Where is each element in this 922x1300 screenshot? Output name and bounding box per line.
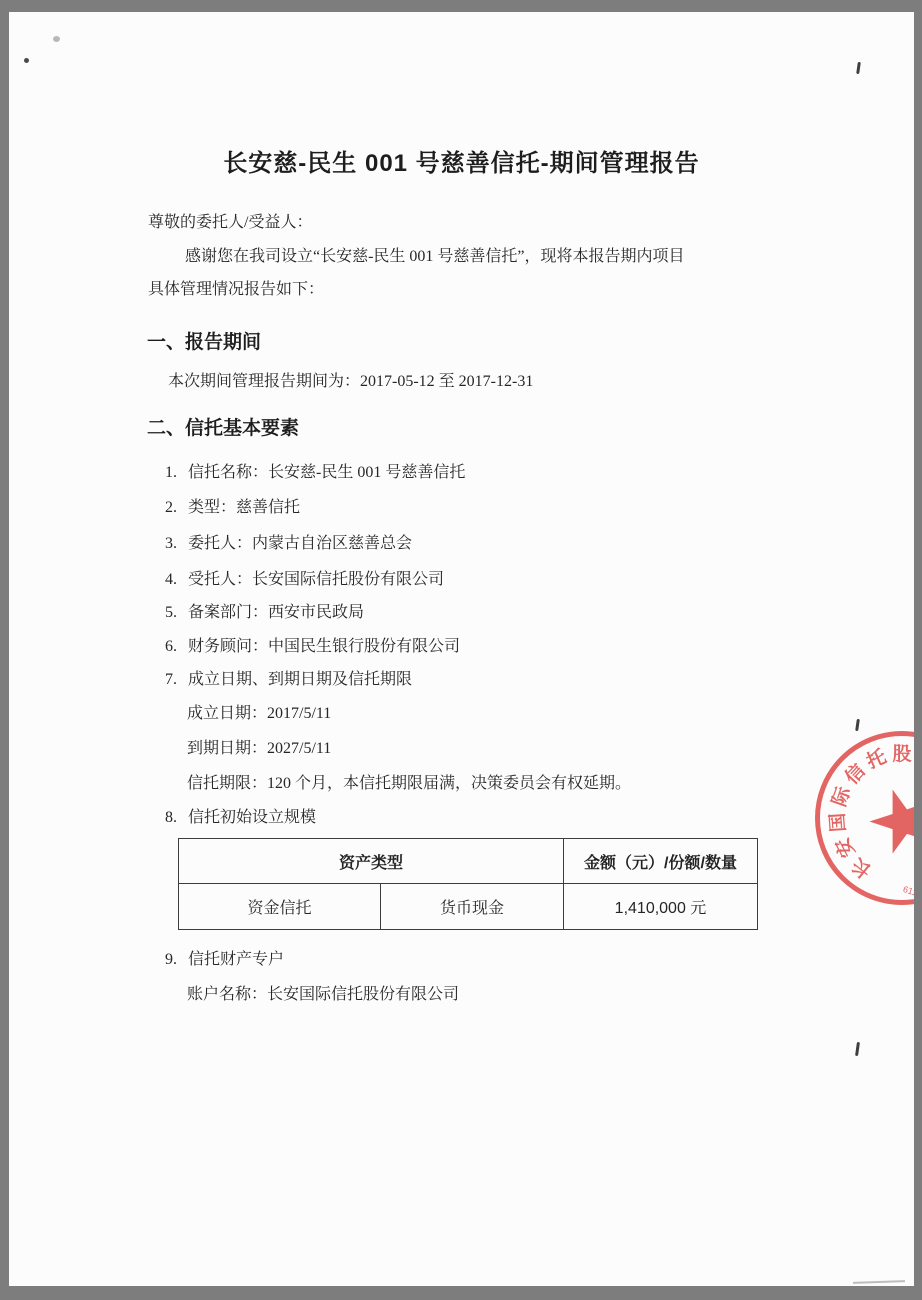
seal-star-icon	[862, 780, 914, 858]
section2-heading: 二、信托基本要素	[147, 413, 299, 440]
amount-header-cell: 金额（元）/份额/数量	[564, 839, 758, 884]
seal-number: 611	[902, 884, 914, 898]
asset-category-cell: 资金信托	[179, 884, 381, 930]
scan-background: { "colors": { "scan_background": "#7d7d7…	[0, 0, 922, 1300]
intro-line-1: 感谢您在我司设立“长安慈-民生 001 号慈善信托”，现将本报告期内项目	[185, 247, 685, 267]
document-title: 长安慈-民生 001 号慈善信托-期间管理报告	[9, 143, 914, 178]
list-item-financial-advisor: 6.财务顾问：中国民生银行股份有限公司	[165, 637, 460, 657]
list-item-text: 备案部门：西安市民政局	[188, 604, 364, 621]
trust-term-line: 信托期限：120 个月，本信托期限届满，决策委员会有权延期。	[187, 774, 631, 794]
list-item-trust-account: 9.信托财产专户	[165, 950, 284, 970]
list-item-number: 8.	[165, 808, 188, 828]
account-name-line: 账户名称：长安国际信托股份有限公司	[187, 985, 459, 1005]
asset-type-header-cell: 资产类型	[179, 839, 564, 884]
asset-form-cell: 货币现金	[381, 884, 564, 930]
amount-cell: 1,410,000 元	[564, 884, 758, 930]
list-item-number: 2.	[165, 498, 188, 518]
list-item-number: 7.	[165, 670, 188, 690]
scan-edge-mark	[855, 719, 860, 731]
section1-heading: 一、报告期间	[147, 327, 261, 354]
list-item-text: 成立日期、到期日期及信托期限	[188, 671, 412, 688]
list-item-number: 3.	[165, 534, 188, 554]
scan-edge-mark	[856, 62, 861, 74]
list-item-text: 信托财产专户	[188, 951, 284, 968]
list-item-settlor: 3.委托人：内蒙古自治区慈善总会	[165, 534, 412, 554]
scan-artifact-line	[853, 1280, 905, 1284]
list-item-text: 类型：慈善信托	[188, 499, 300, 516]
list-item-text: 受托人：长安国际信托股份有限公司	[188, 571, 444, 588]
list-item-number: 5.	[165, 603, 188, 623]
list-item-number: 6.	[165, 637, 188, 657]
list-item-text: 委托人：内蒙古自治区慈善总会	[188, 535, 412, 552]
dust-speck	[53, 36, 60, 42]
intro-line-2: 具体管理情况报告如下：	[148, 280, 324, 300]
document-page: 长安慈-民生 001 号慈善信托-期间管理报告 尊敬的委托人/受益人： 感谢您在…	[9, 12, 914, 1286]
maturity-date-line: 到期日期：2027/5/11	[187, 739, 331, 759]
section1-body: 本次期间管理报告期间为：2017-05-12 至 2017-12-31	[168, 372, 533, 392]
list-item-text: 财务顾问：中国民生银行股份有限公司	[188, 638, 460, 655]
table-header-row: 资产类型 金额（元）/份额/数量	[179, 839, 758, 884]
salutation-line: 尊敬的委托人/受益人：	[148, 213, 312, 233]
list-item-dates-term: 7.成立日期、到期日期及信托期限	[165, 670, 412, 690]
dust-speck	[24, 58, 29, 63]
table-data-row: 资金信托 货币现金 1,410,000 元	[179, 884, 758, 930]
list-item-trust-name: 1.信托名称：长安慈-民生 001 号慈善信托	[165, 463, 465, 483]
seal-ring-char: 股	[890, 743, 914, 767]
list-item-number: 9.	[165, 950, 188, 970]
establish-date-line: 成立日期：2017/5/11	[187, 704, 331, 724]
list-item-trustee: 4.受托人：长安国际信托股份有限公司	[165, 570, 444, 590]
list-item-text: 信托名称：长安慈-民生 001 号慈善信托	[188, 464, 465, 481]
list-item-filing-dept: 5.备案部门：西安市民政局	[165, 603, 364, 623]
list-item-text: 信托初始设立规模	[188, 809, 316, 826]
list-item-number: 1.	[165, 463, 188, 483]
initial-scale-table: 资产类型 金额（元）/份额/数量 资金信托 货币现金 1,410,000 元	[178, 838, 758, 930]
scan-edge-mark	[855, 1042, 860, 1056]
company-seal: 长 安 国 际 信 托 股 份 611	[815, 731, 914, 905]
list-item-type: 2.类型：慈善信托	[165, 498, 300, 518]
list-item-number: 4.	[165, 570, 188, 590]
list-item-initial-scale: 8.信托初始设立规模	[165, 808, 316, 828]
seal-ring-char: 国	[826, 810, 852, 836]
